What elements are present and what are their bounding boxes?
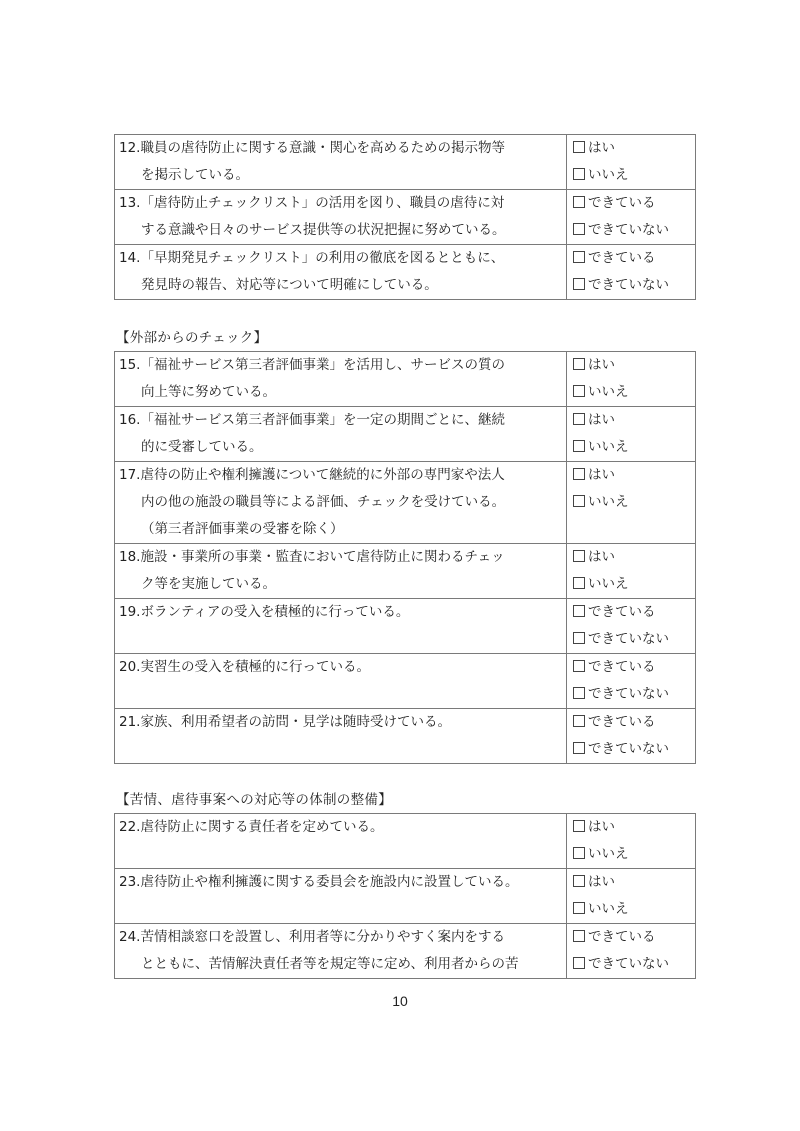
empty-checkbox-icon[interactable] [573,196,585,208]
question-cell: 12.職員の虐待防止に関する意識・関心を高めるための掲示物等 を掲示している。 [115,135,567,190]
question-cell: 17.虐待の防止や権利擁護について継続的に外部の専門家や法人 内の他の施設の職員… [115,462,567,544]
option-yes[interactable]: はい [573,814,695,841]
option-label: はい [588,874,615,890]
option-not-done[interactable]: できていない [573,626,695,653]
option-not-done[interactable]: できていない [573,736,695,763]
empty-checkbox-icon[interactable] [573,687,585,699]
table-row: 21.家族、利用希望者の訪問・見学は随時受けている。 できている できていない [115,709,696,764]
answer-cell: できている できていない [567,190,696,245]
option-label: はい [588,819,615,835]
empty-checkbox-icon[interactable] [573,847,585,859]
answer-cell: はい いいえ [567,135,696,190]
question-text: 発見時の報告、対応等について明確にしている。 [119,272,566,299]
empty-checkbox-icon[interactable] [573,957,585,969]
empty-checkbox-icon[interactable] [573,440,585,452]
question-text: 23.虐待防止や権利擁護に関する委員会を施設内に設置している。 [119,869,566,896]
option-label: できていない [588,277,669,293]
option-done[interactable]: できている [573,245,695,272]
option-label: できていない [588,741,669,757]
option-label: できている [588,195,656,211]
option-label: できていない [588,686,669,702]
empty-checkbox-icon[interactable] [573,820,585,832]
question-text: とともに、苦情解決責任者等を規定等に定め、利用者からの苦 [119,951,566,978]
question-cell: 20.実習生の受入を積極的に行っている。 [115,654,567,709]
table-row: 23.虐待防止や権利擁護に関する委員会を施設内に設置している。 はい いいえ [115,869,696,924]
option-label: いいえ [588,901,629,917]
question-text: 的に受審している。 [119,434,566,461]
option-label: いいえ [588,439,629,455]
option-no[interactable]: いいえ [573,162,695,189]
option-not-done[interactable]: できていない [573,951,695,978]
question-text: 向上等に努めている。 [119,379,566,406]
question-text: 15.「福祉サービス第三者評価事業」を活用し、サービスの質の [119,352,566,379]
option-done[interactable]: できている [573,709,695,736]
question-note: （第三者評価事業の受審を除く） [119,516,566,543]
checklist-table-1: 12.職員の虐待防止に関する意識・関心を高めるための掲示物等 を掲示している。 … [114,134,696,300]
empty-checkbox-icon[interactable] [573,358,585,370]
question-text: する意識や日々のサービス提供等の状況把握に努めている。 [119,217,566,244]
answer-cell: はい いいえ [567,407,696,462]
option-label: はい [588,467,615,483]
question-cell: 15.「福祉サービス第三者評価事業」を活用し、サービスの質の 向上等に努めている… [115,352,567,407]
checklist-table-3: 22.虐待防止に関する責任者を定めている。 はい いいえ 23.虐待防止や権利擁… [114,813,696,979]
option-label: できている [588,929,656,945]
answer-cell: はい いいえ [567,814,696,869]
empty-checkbox-icon[interactable] [573,577,585,589]
empty-checkbox-icon[interactable] [573,385,585,397]
option-yes[interactable]: はい [573,869,695,896]
answer-cell: できている できていない [567,709,696,764]
question-text: を掲示している。 [119,162,566,189]
empty-checkbox-icon[interactable] [573,742,585,754]
question-cell: 24.苦情相談窓口を設置し、利用者等に分かりやすく案内をする とともに、苦情解決… [115,924,567,979]
table-row: 22.虐待防止に関する責任者を定めている。 はい いいえ [115,814,696,869]
question-text: 19.ボランティアの受入を積極的に行っている。 [119,599,566,626]
option-done[interactable]: できている [573,654,695,681]
option-not-done[interactable]: できていない [573,217,695,244]
option-no[interactable]: いいえ [573,571,695,598]
table-row: 18.施設・事業所の事業・監査において虐待防止に関わるチェッ ク等を実施している… [115,544,696,599]
section-title-complaint-system: 【苦情、虐待事案への対応等の体制の整備】 [116,791,392,809]
question-text: 13.「虐待防止チェックリスト」の活用を図り、職員の虐待に対 [119,190,566,217]
option-label: はい [588,357,615,373]
option-label: いいえ [588,494,629,510]
empty-checkbox-icon[interactable] [573,930,585,942]
page-number: 10 [0,993,800,1009]
option-label: できている [588,604,656,620]
empty-checkbox-icon[interactable] [573,495,585,507]
empty-checkbox-icon[interactable] [573,223,585,235]
table-row: 15.「福祉サービス第三者評価事業」を活用し、サービスの質の 向上等に努めている… [115,352,696,407]
question-text: ク等を実施している。 [119,571,566,598]
table-row: 17.虐待の防止や権利擁護について継続的に外部の専門家や法人 内の他の施設の職員… [115,462,696,544]
table-row: 12.職員の虐待防止に関する意識・関心を高めるための掲示物等 を掲示している。 … [115,135,696,190]
option-label: いいえ [588,576,629,592]
option-no[interactable]: いいえ [573,379,695,406]
question-cell: 14.「早期発見チェックリスト」の利用の徹底を図るとともに、 発見時の報告、対応… [115,245,567,300]
option-not-done[interactable]: できていない [573,272,695,299]
option-yes[interactable]: はい [573,135,695,162]
answer-cell: はい いいえ [567,869,696,924]
option-label: できている [588,659,656,675]
option-label: できていない [588,631,669,647]
table-row: 16.「福祉サービス第三者評価事業」を一定の期間ごとに、継続 的に受審している。… [115,407,696,462]
empty-checkbox-icon[interactable] [573,468,585,480]
option-no[interactable]: いいえ [573,489,695,516]
option-not-done[interactable]: できていない [573,681,695,708]
option-label: いいえ [588,384,629,400]
question-text: 22.虐待防止に関する責任者を定めている。 [119,814,566,841]
question-text: 18.施設・事業所の事業・監査において虐待防止に関わるチェッ [119,544,566,571]
answer-cell: はい いいえ [567,462,696,544]
option-no[interactable]: いいえ [573,841,695,868]
empty-checkbox-icon[interactable] [573,550,585,562]
option-label: できていない [588,956,669,972]
question-text: 内の他の施設の職員等による評価、チェックを受けている。 [119,489,566,516]
question-text: 20.実習生の受入を積極的に行っている。 [119,654,566,681]
option-label: はい [588,549,615,565]
option-label: できている [588,250,656,266]
option-done[interactable]: できている [573,924,695,951]
option-no[interactable]: いいえ [573,434,695,461]
option-yes[interactable]: はい [573,462,695,489]
option-label: いいえ [588,167,629,183]
question-text: 21.家族、利用希望者の訪問・見学は随時受けている。 [119,709,566,736]
empty-checkbox-icon[interactable] [573,715,585,727]
question-text: 24.苦情相談窓口を設置し、利用者等に分かりやすく案内をする [119,924,566,951]
answer-cell: できている できていない [567,599,696,654]
option-label: できている [588,714,656,730]
table-row: 24.苦情相談窓口を設置し、利用者等に分かりやすく案内をする とともに、苦情解決… [115,924,696,979]
empty-checkbox-icon[interactable] [573,141,585,153]
empty-checkbox-icon[interactable] [573,251,585,263]
option-done[interactable]: できている [573,190,695,217]
empty-checkbox-icon[interactable] [573,902,585,914]
answer-cell: できている できていない [567,654,696,709]
checklist-table-2: 15.「福祉サービス第三者評価事業」を活用し、サービスの質の 向上等に努めている… [114,351,696,764]
question-cell: 23.虐待防止や権利擁護に関する委員会を施設内に設置している。 [115,869,567,924]
empty-checkbox-icon[interactable] [573,660,585,672]
table-row: 13.「虐待防止チェックリスト」の活用を図り、職員の虐待に対 する意識や日々のサ… [115,190,696,245]
option-label: できていない [588,222,669,238]
table-row: 20.実習生の受入を積極的に行っている。 できている できていない [115,654,696,709]
option-no[interactable]: いいえ [573,896,695,923]
option-yes[interactable]: はい [573,544,695,571]
question-cell: 13.「虐待防止チェックリスト」の活用を図り、職員の虐待に対 する意識や日々のサ… [115,190,567,245]
empty-checkbox-icon[interactable] [573,168,585,180]
option-done[interactable]: できている [573,599,695,626]
answer-cell: はい いいえ [567,544,696,599]
question-cell: 22.虐待防止に関する責任者を定めている。 [115,814,567,869]
option-yes[interactable]: はい [573,352,695,379]
question-cell: 21.家族、利用希望者の訪問・見学は随時受けている。 [115,709,567,764]
empty-checkbox-icon[interactable] [573,413,585,425]
question-text: 17.虐待の防止や権利擁護について継続的に外部の専門家や法人 [119,462,566,489]
question-cell: 18.施設・事業所の事業・監査において虐待防止に関わるチェッ ク等を実施している… [115,544,567,599]
option-label: はい [588,412,615,428]
question-cell: 19.ボランティアの受入を積極的に行っている。 [115,599,567,654]
answer-cell: できている できていない [567,245,696,300]
section-title-external-check: 【外部からのチェック】 [116,329,267,347]
table-row: 14.「早期発見チェックリスト」の利用の徹底を図るとともに、 発見時の報告、対応… [115,245,696,300]
option-label: はい [588,140,615,156]
question-text: 16.「福祉サービス第三者評価事業」を一定の期間ごとに、継続 [119,407,566,434]
question-cell: 16.「福祉サービス第三者評価事業」を一定の期間ごとに、継続 的に受審している。 [115,407,567,462]
empty-checkbox-icon[interactable] [573,605,585,617]
table-row: 19.ボランティアの受入を積極的に行っている。 できている できていない [115,599,696,654]
empty-checkbox-icon[interactable] [573,632,585,644]
question-text: 14.「早期発見チェックリスト」の利用の徹底を図るとともに、 [119,245,566,272]
empty-checkbox-icon[interactable] [573,278,585,290]
empty-checkbox-icon[interactable] [573,875,585,887]
question-text: 12.職員の虐待防止に関する意識・関心を高めるための掲示物等 [119,135,566,162]
answer-cell: はい いいえ [567,352,696,407]
option-label: いいえ [588,846,629,862]
answer-cell: できている できていない [567,924,696,979]
option-yes[interactable]: はい [573,407,695,434]
